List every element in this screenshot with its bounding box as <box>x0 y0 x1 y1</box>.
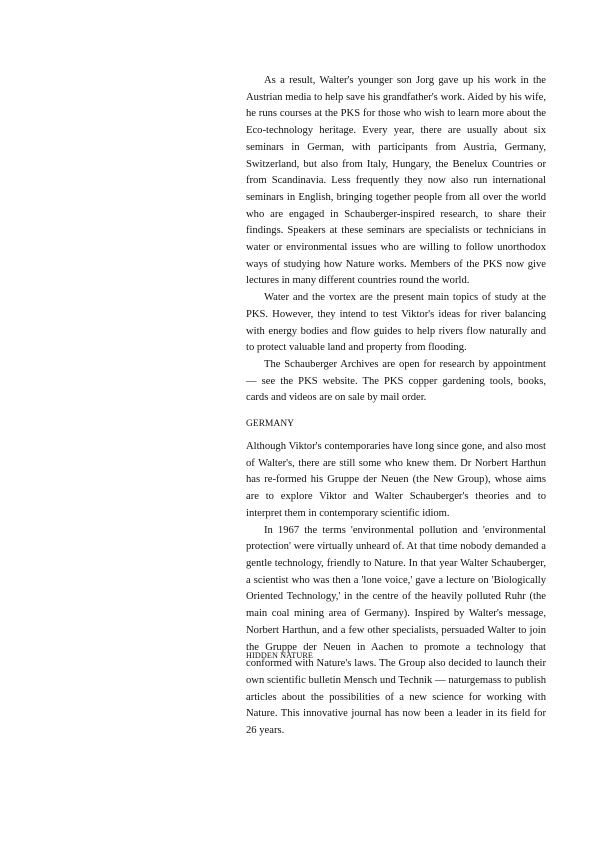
running-footer-title: HIDDEN NATURE <box>246 651 313 660</box>
paragraph-1967: In 1967 the terms 'environmental polluti… <box>246 523 546 740</box>
paragraph-archives: The Schauberger Archives are open for re… <box>246 357 546 407</box>
paragraph-water-vortex: Water and the vortex are the present mai… <box>246 290 546 357</box>
page-body: As a result, Walter's younger son Jorg g… <box>246 73 546 740</box>
paragraph-jorg-courses: As a result, Walter's younger son Jorg g… <box>246 73 546 290</box>
paragraph-contemporaries: Although Viktor's contemporaries have lo… <box>246 439 546 523</box>
section-heading-germany: GERMANY <box>246 418 546 431</box>
